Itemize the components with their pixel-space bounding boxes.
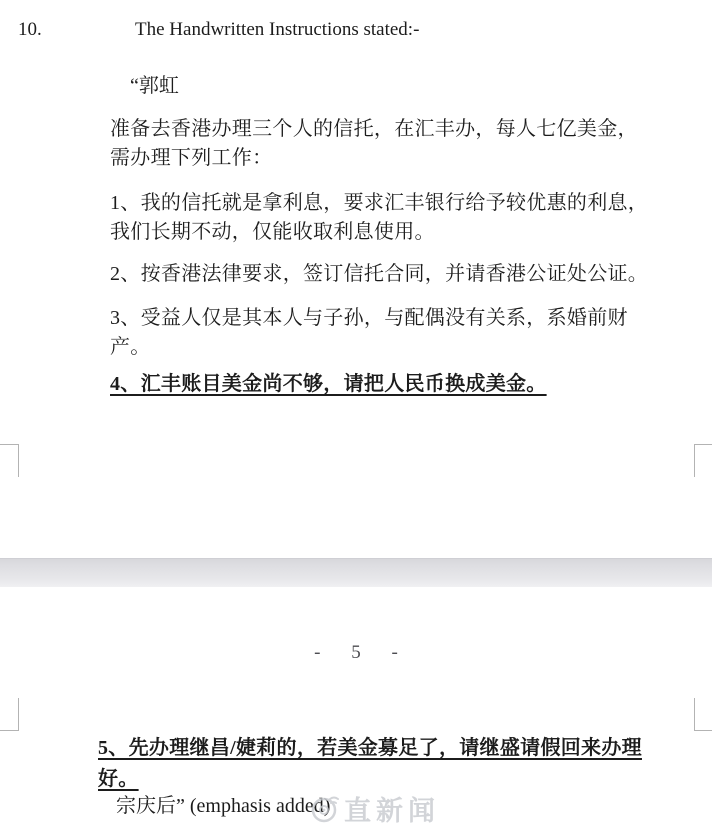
text-boundary-mark-top-right-v (694, 698, 695, 731)
paragraph-number: 10. (18, 18, 135, 42)
text-boundary-mark-bottom-right-v (694, 444, 695, 477)
quote-intro-paragraph: 准备去香港办理三个人的信托，在汇丰办，每人七亿美金，需办理下列工作： (110, 115, 655, 173)
heading-row: 10.The Handwritten Instructions stated:- (18, 18, 692, 42)
text-boundary-mark-top-left-v (18, 698, 19, 731)
text-boundary-mark-top-left-h (0, 730, 18, 731)
document-page: 10.The Handwritten Instructions stated:-… (0, 0, 712, 826)
instruction-item-5: 5、先办理继昌/婕莉的，若美金募足了，请继盛请假回来办理好。 (98, 733, 663, 795)
quote-addressee-line: “郭虹 (130, 73, 179, 99)
instruction-item-1: 1、我的信托就是拿利息，要求汇丰银行给予较优惠的利息，我们长期不动，仅能收取利息… (110, 189, 655, 247)
page-separator-band (0, 558, 712, 587)
instruction-item-3: 3、受益人仅是其本人与子孙，与配偶没有关系，系婚前财产。 (110, 304, 655, 362)
text-boundary-mark-bottom-left-v (18, 444, 19, 477)
text-boundary-mark-bottom-right-h (694, 444, 712, 445)
text-boundary-mark-top-right-h (694, 730, 712, 731)
text-boundary-mark-bottom-left-h (0, 444, 18, 445)
page-number: - 5 - (0, 642, 712, 664)
signature-line: 宗庆后” (emphasis added) (116, 793, 330, 819)
instruction-item-2: 2、按香港法律要求，签订信托合同，并请香港公证处公证。 (110, 260, 655, 289)
instruction-item-4: 4、汇丰账目美金尚不够，请把人民币换成美金。 (110, 370, 655, 399)
page-title: The Handwritten Instructions stated:- (135, 19, 419, 40)
